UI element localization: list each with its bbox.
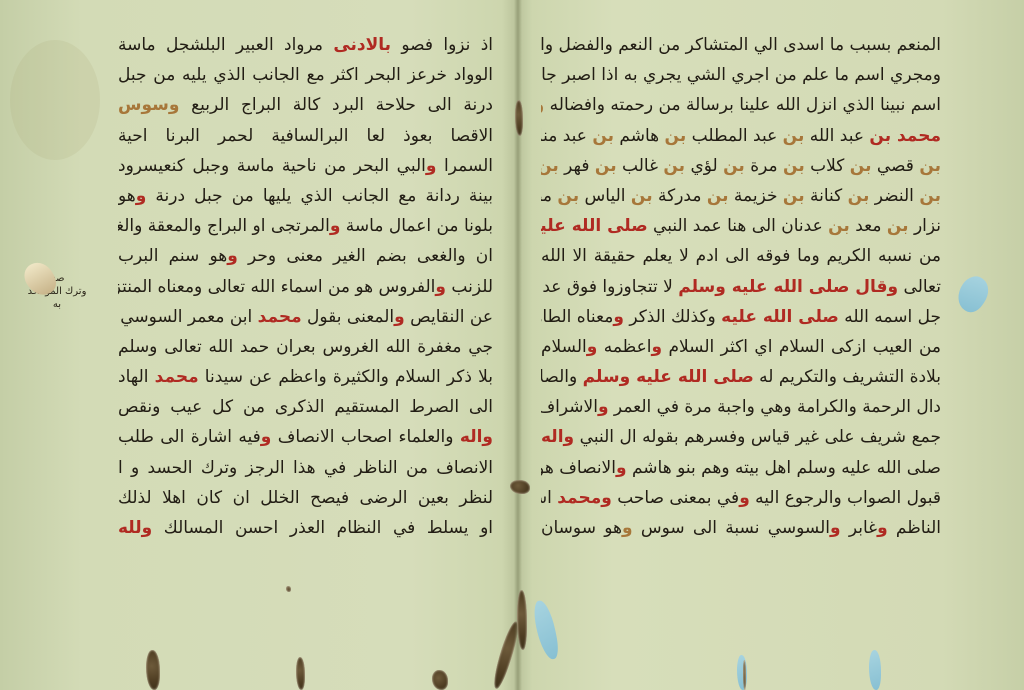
- text-segment: لا تتجاوزوا فوق عدنان: [541, 277, 678, 297]
- text-segment: فيه اشارة الى طلب: [118, 427, 261, 447]
- text-segment: عن النقايص: [405, 307, 493, 327]
- text-segment: اسم: [541, 488, 557, 508]
- text-line: محمد بن عبد الله بن عبد المطلب بن هاشم ب…: [541, 121, 941, 151]
- text-line: نزار بن معد بن عدنان الى هنا عمد النبي ص…: [541, 211, 941, 241]
- text-segment: مرة: [745, 156, 783, 176]
- rubric-word: ومحمد: [557, 488, 612, 508]
- text-segment: صلى الله عليه وسلم اهل بيته وهم بنو هاشم: [627, 458, 941, 478]
- text-segment: الناظم: [888, 518, 941, 538]
- text-segment: نزار: [909, 216, 941, 236]
- text-segment: فهر: [559, 156, 595, 176]
- rubric-word: بن: [592, 126, 614, 146]
- rubric-word: بن: [919, 156, 941, 176]
- text-line: من العيب ازكى السلام اي اكثر السلام واعظ…: [541, 332, 941, 362]
- text-segment: المعنى بقول: [302, 307, 395, 327]
- rubric-word: بن: [783, 126, 805, 146]
- rubric-word: بالادنى: [333, 35, 391, 55]
- text-segment: خزيمة: [729, 186, 783, 206]
- text-segment: هو سنم البرب: [118, 246, 227, 266]
- text-segment: للزنب: [446, 277, 493, 297]
- text-segment: من العيب ازكى السلام اي اكثر السلام: [662, 337, 941, 357]
- text-line: بلادة التشريف والتكريم له صلى الله عليه …: [541, 362, 941, 392]
- text-line: بن النضر بن كنانة بن خزيمة بن مدركة بن ا…: [541, 181, 941, 211]
- rubric-word: بن: [919, 186, 941, 206]
- rubric-word: صلى الله عليه: [721, 307, 839, 327]
- text-segment: معد: [850, 216, 887, 236]
- text-segment: هو: [118, 186, 136, 206]
- worm-hole: [743, 660, 746, 690]
- rubric-word: وسوس: [118, 95, 179, 115]
- text-segment: جي مغفرة الله الغروس بعران حمد الله تعال…: [118, 337, 493, 357]
- text-segment: السمرا: [436, 156, 493, 176]
- text-segment: الوواد خرعز البحر اكثر مع الجانب الذي يل…: [118, 65, 493, 85]
- text-segment: ابن معمر السوسي الرا: [118, 307, 258, 327]
- text-segment: الاشراف: [541, 397, 598, 417]
- text-line: واله والعلماء اصحاب الانصاف وفيه اشارة ا…: [118, 422, 493, 452]
- rubric-word: محمد: [258, 307, 302, 327]
- text-line: جل اسمه الله صلى الله عليه وكذلك الذكر و…: [541, 302, 941, 332]
- text-segment: هو سوسان: [541, 518, 622, 538]
- worm-hole: [296, 657, 305, 690]
- text-segment: بلا ذكر السلام والكثيرة واعظم عن سيدنا: [199, 367, 493, 387]
- rubric-word: بن: [631, 186, 653, 206]
- rubric-word: و: [622, 518, 633, 538]
- text-segment: الياس: [579, 186, 631, 206]
- text-line: قبول الصواب والرجوع اليه وفي بمعنى صاحب …: [541, 483, 941, 513]
- text-line: اسم نبينا الذي انزل الله علينا برسالة من…: [541, 90, 941, 120]
- text-segment: عبد المطلب: [686, 126, 782, 146]
- text-line: بن قصي بن كلاب بن مرة بن لؤي بن غالب بن …: [541, 151, 941, 181]
- text-segment: النضر: [869, 186, 919, 206]
- text-segment: الاقصا بعوذ لعا البرالسافية لحمر البرنا …: [118, 126, 493, 146]
- text-segment: تعالى: [898, 277, 941, 297]
- rubric-word: بن: [783, 186, 805, 206]
- text-segment: قصي: [871, 156, 919, 176]
- text-line: صلى الله عليه وسلم اهل بيته وهم بنو هاشم…: [541, 453, 941, 483]
- rubric-word: صلى الله عليه وسلم: [583, 367, 754, 387]
- rubric-word: بن: [557, 186, 579, 206]
- text-segment: جمع شريف على غير قياس وفسرهم بقوله ال ال…: [574, 427, 941, 447]
- text-line: بلونا من اعمال ماسة والمرتجى او البراج و…: [118, 211, 493, 241]
- text-segment: السوسي نسبة الى سوس: [633, 518, 830, 538]
- rubric-word: و: [739, 488, 750, 508]
- text-line: الاقصا بعوذ لعا البرالسافية لحمر البرنا …: [118, 121, 493, 151]
- text-segment: الى الصرط المستقيم الذكرى من كل عيب ونقص: [118, 397, 493, 417]
- text-segment: والصلاة زيادة: [541, 367, 583, 387]
- text-line: عن النقايص والمعنى بقول محمد ابن معمر ال…: [118, 302, 493, 332]
- text-segment: غابر: [841, 518, 877, 538]
- rubric-word: و: [652, 337, 663, 357]
- worm-hole: [146, 650, 160, 690]
- text-segment: في بمعنى صاحب: [612, 488, 739, 508]
- text-segment: اسم نبينا الذي انزل الله علينا برسالة من…: [544, 95, 941, 115]
- text-segment: درنة الى حلاحة البرد كالة البراج الربيع: [179, 95, 493, 115]
- worm-hole: [286, 586, 291, 592]
- text-segment: بينة ردانة مع الجانب الذي يليها من جبل د…: [146, 186, 493, 206]
- rubric-word: محمد بن: [869, 126, 941, 146]
- rubric-word: بن: [828, 216, 850, 236]
- paper-repair: [951, 271, 995, 317]
- paper-stain: [10, 40, 100, 160]
- rubric-word: بن: [850, 156, 872, 176]
- text-line: ان والغعى بضم الغير معنى وحر وهو سنم الب…: [118, 241, 493, 271]
- rubric-word: و: [394, 307, 405, 327]
- text-segment: مدركة: [653, 186, 707, 206]
- text-segment: كنانة: [805, 186, 848, 206]
- text-line: اذ نزوا فصو بالادنى مرواد العبير البلشجل…: [118, 30, 493, 60]
- paper-repair: [869, 650, 881, 690]
- text-segment: عبد مناف: [541, 126, 592, 146]
- text-segment: دال الرحمة والكرامة وهي واجبة مرة في الع…: [609, 397, 941, 417]
- text-segment: والعلماء اصحاب الانصاف: [271, 427, 460, 447]
- rubric-word: و: [136, 186, 147, 206]
- text-segment: الانصاف هو: [541, 458, 616, 478]
- text-segment: وكذلك الذكر: [624, 307, 721, 327]
- text-line: جمع شريف على غير قياس وفسرهم بقوله ال ال…: [541, 422, 941, 452]
- text-segment: مرواد العبير البلشجل ماسة: [118, 35, 333, 55]
- text-segment: المنعم بسبب ما اسدى الي المتشاكر من النع…: [541, 35, 941, 55]
- text-line: الوواد خرعز البحر اكثر مع الجانب الذي يل…: [118, 60, 493, 90]
- rubric-word: بن: [707, 186, 729, 206]
- text-segment: المرتجى او البراج والمعقة والغل: [118, 216, 330, 236]
- text-line: جي مغفرة الله الغروس بعران حمد الله تعال…: [118, 332, 493, 362]
- text-line: بينة ردانة مع الجانب الذي يليها من جبل د…: [118, 181, 493, 211]
- text-segment: الانصاف من الناظر في هذا الرجز وترك الحس…: [118, 458, 493, 478]
- text-segment: مضر: [541, 186, 557, 206]
- left-page: اذ نزوا فصو بالادنى مرواد العبير البلشجل…: [0, 0, 517, 690]
- text-segment: او يسلط في النظام العذر احسن المسالك: [152, 518, 493, 538]
- text-segment: قبول الصواب والرجوع اليه: [750, 488, 941, 508]
- text-segment: ومجري اسم ما علم من اجري الشي يجري به اذ…: [541, 65, 941, 85]
- rubric-word: بن: [848, 186, 870, 206]
- paper-repair: [531, 599, 561, 661]
- rubric-word: واله: [460, 427, 493, 447]
- rubric-word: وقال صلى الله عليه وسلم: [678, 277, 898, 297]
- manuscript-spread: اذ نزوا فصو بالادنى مرواد العبير البلشجل…: [0, 0, 1024, 690]
- rubric-word: و: [616, 458, 627, 478]
- text-segment: من نسبه الكريم وما فوقه الى ادم لا يعلم …: [541, 246, 941, 266]
- text-segment: الفروس هو من اسماء الله تعالى ومعناه الم…: [118, 277, 435, 297]
- rubric-word: و: [598, 397, 609, 417]
- text-segment: اعظمه: [597, 337, 651, 357]
- rubric-word: و: [613, 307, 624, 327]
- rubric-word: صلى الله عليه وسلم: [541, 216, 648, 236]
- rubric-word: بن: [887, 216, 909, 236]
- left-page-text: اذ نزوا فصو بالادنى مرواد العبير البلشجل…: [118, 30, 493, 543]
- text-segment: كلاب: [805, 156, 850, 176]
- text-segment: اذ نزوا فصو: [391, 35, 493, 55]
- text-line: بلا ذكر السلام والكثيرة واعظم عن سيدنا م…: [118, 362, 493, 392]
- right-page-text: المنعم بسبب ما اسدى الي المتشاكر من النع…: [541, 30, 941, 543]
- rubric-word: و: [426, 156, 437, 176]
- text-segment: جل اسمه الله: [839, 307, 941, 327]
- rubric-word: بن: [595, 156, 617, 176]
- rubric-word: محمد: [155, 367, 199, 387]
- text-segment: معناه الطاهر: [541, 307, 613, 327]
- rubric-word: بن: [783, 156, 805, 176]
- rubric-word: و: [587, 337, 598, 357]
- rubric-word: بن: [541, 156, 559, 176]
- rubric-word: بن: [723, 156, 745, 176]
- text-line: دال الرحمة والكرامة وهي واجبة مرة في الع…: [541, 392, 941, 422]
- text-line: الناظم وغابر والسوسي نسبة الى سوس وهو سو…: [541, 513, 941, 543]
- rubric-word: و: [330, 216, 341, 236]
- text-line: للزنب والفروس هو من اسماء الله تعالى ومع…: [118, 272, 493, 302]
- text-segment: بلونا من اعمال ماسة: [340, 216, 493, 236]
- text-line: المنعم بسبب ما اسدى الي المتشاكر من النع…: [541, 30, 941, 60]
- rubric-word: و: [830, 518, 841, 538]
- text-segment: السلام: [541, 337, 587, 357]
- rubric-word: و: [227, 246, 238, 266]
- worm-hole: [432, 670, 448, 690]
- text-line: لنظر بعين الرضى فيصح الخلل ان كان اهلا ل…: [118, 483, 493, 513]
- text-segment: لؤي: [685, 156, 723, 176]
- rubric-word: ولله: [118, 518, 152, 538]
- text-line: ومجري اسم ما علم من اجري الشي يجري به اذ…: [541, 60, 941, 90]
- rubric-word: بن: [663, 156, 685, 176]
- rubric-word: و: [435, 277, 446, 297]
- rubric-word: و: [877, 518, 888, 538]
- text-segment: بلادة التشريف والتكريم له: [754, 367, 941, 387]
- text-segment: عبد الله: [804, 126, 869, 146]
- text-segment: غالب: [617, 156, 664, 176]
- text-line: او يسلط في النظام العذر احسن المسالك ولل…: [118, 513, 493, 543]
- text-line: الى الصرط المستقيم الذكرى من كل عيب ونقص: [118, 392, 493, 422]
- text-segment: لنظر بعين الرضى فيصح الخلل ان كان اهلا ل…: [118, 488, 493, 508]
- text-segment: عدنان الى هنا عمد النبي: [648, 216, 828, 236]
- text-line: درنة الى حلاحة البرد كالة البراج الربيع …: [118, 90, 493, 120]
- rubric-word: واله: [541, 427, 574, 447]
- worm-hole: [515, 100, 523, 136]
- rubric-word: بن: [665, 126, 687, 146]
- text-line: من نسبه الكريم وما فوقه الى ادم لا يعلم …: [541, 241, 941, 271]
- rubric-word: و: [261, 427, 272, 447]
- text-segment: الهاد: [118, 367, 155, 387]
- text-line: السمرا والبي البحر من ناحية ماسة وجبل كن…: [118, 151, 493, 181]
- text-segment: البي البحر من ناحية ماسة وجبل كنعيسرود: [118, 156, 426, 176]
- text-segment: ان والغعى بضم الغير معنى وحر: [238, 246, 493, 266]
- text-line: الانصاف من الناظر في هذا الرجز وترك الحس…: [118, 453, 493, 483]
- text-line: تعالى وقال صلى الله عليه وسلم لا تتجاوزو…: [541, 272, 941, 302]
- text-segment: هاشم: [614, 126, 665, 146]
- right-page: المنعم بسبب ما اسدى الي المتشاكر من النع…: [519, 0, 1024, 690]
